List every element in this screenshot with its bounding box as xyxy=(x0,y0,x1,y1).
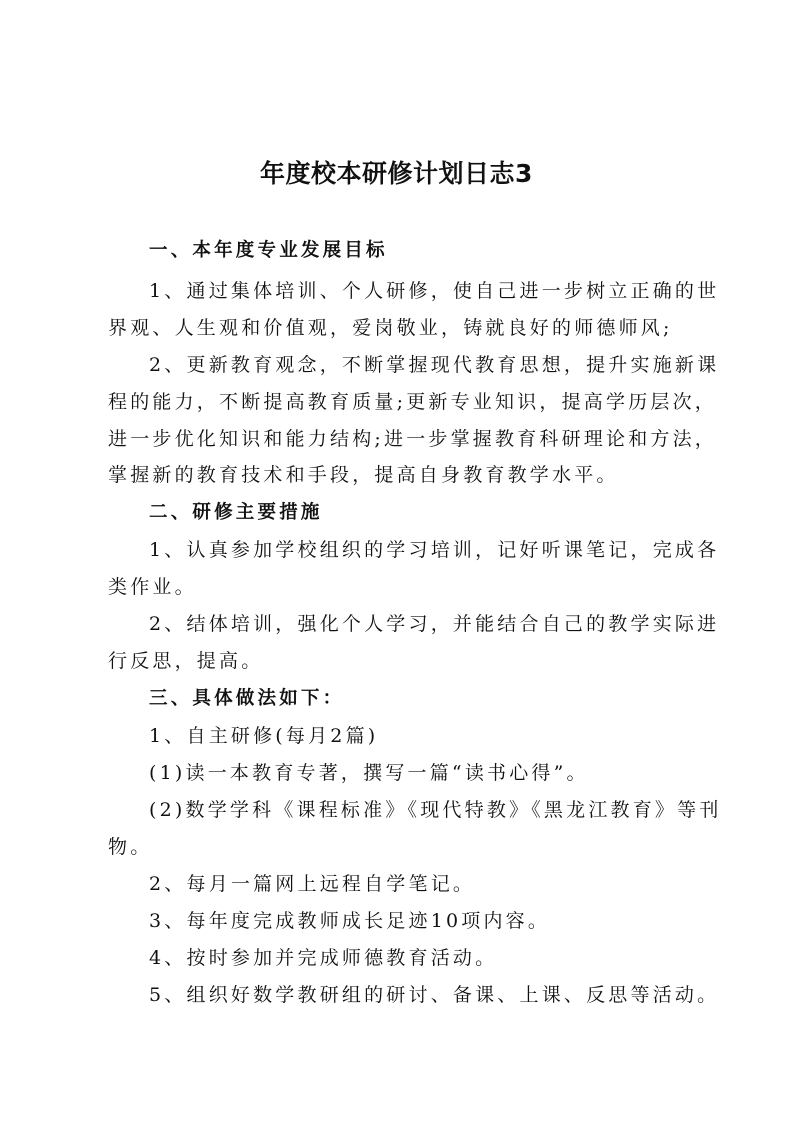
paragraph-line: 3、每年度完成教师成长足迹10项内容。 xyxy=(149,906,550,933)
paragraph-line: 2、更新教育观念，不断掌握现代教育思想，提升实施新课 xyxy=(149,350,719,377)
section-heading: 二、研修主要措施 xyxy=(149,498,323,524)
section-heading: 三、具体做法如下： xyxy=(149,684,344,710)
paragraph-line: 1、认真参加学校组织的学习培训，记好听课笔记，完成各 xyxy=(149,535,719,562)
paragraph-line: 界观、人生观和价值观，爱岗敬业，铸就良好的师德师风; xyxy=(108,313,673,340)
section-heading: 一、本年度专业发展目标 xyxy=(149,236,388,262)
document-title: 年度校本研修计划日志3 xyxy=(0,154,793,190)
paragraph-line: 2、每月一篇网上远程自学笔记。 xyxy=(149,869,475,896)
paragraph-line: 类作业。 xyxy=(108,572,197,599)
paragraph-line: 物。 xyxy=(108,832,152,859)
paragraph-line: 5、组织好数学教研组的研讨、备课、上课、反思等活动。 xyxy=(149,980,719,1007)
paragraph-line: 1、自主研修(每月2篇) xyxy=(149,721,378,748)
paragraph-line: 进一步优化知识和能力结构;进一步掌握教育科研理论和方法， xyxy=(108,424,717,451)
paragraph-line: 1、通过集体培训、个人研修，使自己进一步树立正确的世 xyxy=(149,276,719,303)
paragraph-line: (2)数学学科《课程标准》《现代特教》《黑龙江教育》等刊 xyxy=(149,795,722,822)
paragraph-line: 行反思，提高。 xyxy=(108,646,263,673)
paragraph-line: (1)读一本教育专著，撰写一篇“读书心得”。 xyxy=(149,758,589,785)
paragraph-line: 2、结体培训，强化个人学习，并能结合自己的教学实际进 xyxy=(149,609,719,636)
paragraph-line: 掌握新的教育技术和手段，提高自身教育教学水平。 xyxy=(108,460,619,487)
paragraph-line: 程的能力，不断提高教育质量;更新专业知识，提高学历层次， xyxy=(108,387,717,414)
paragraph-line: 4、按时参加并完成师德教育活动。 xyxy=(149,943,497,970)
